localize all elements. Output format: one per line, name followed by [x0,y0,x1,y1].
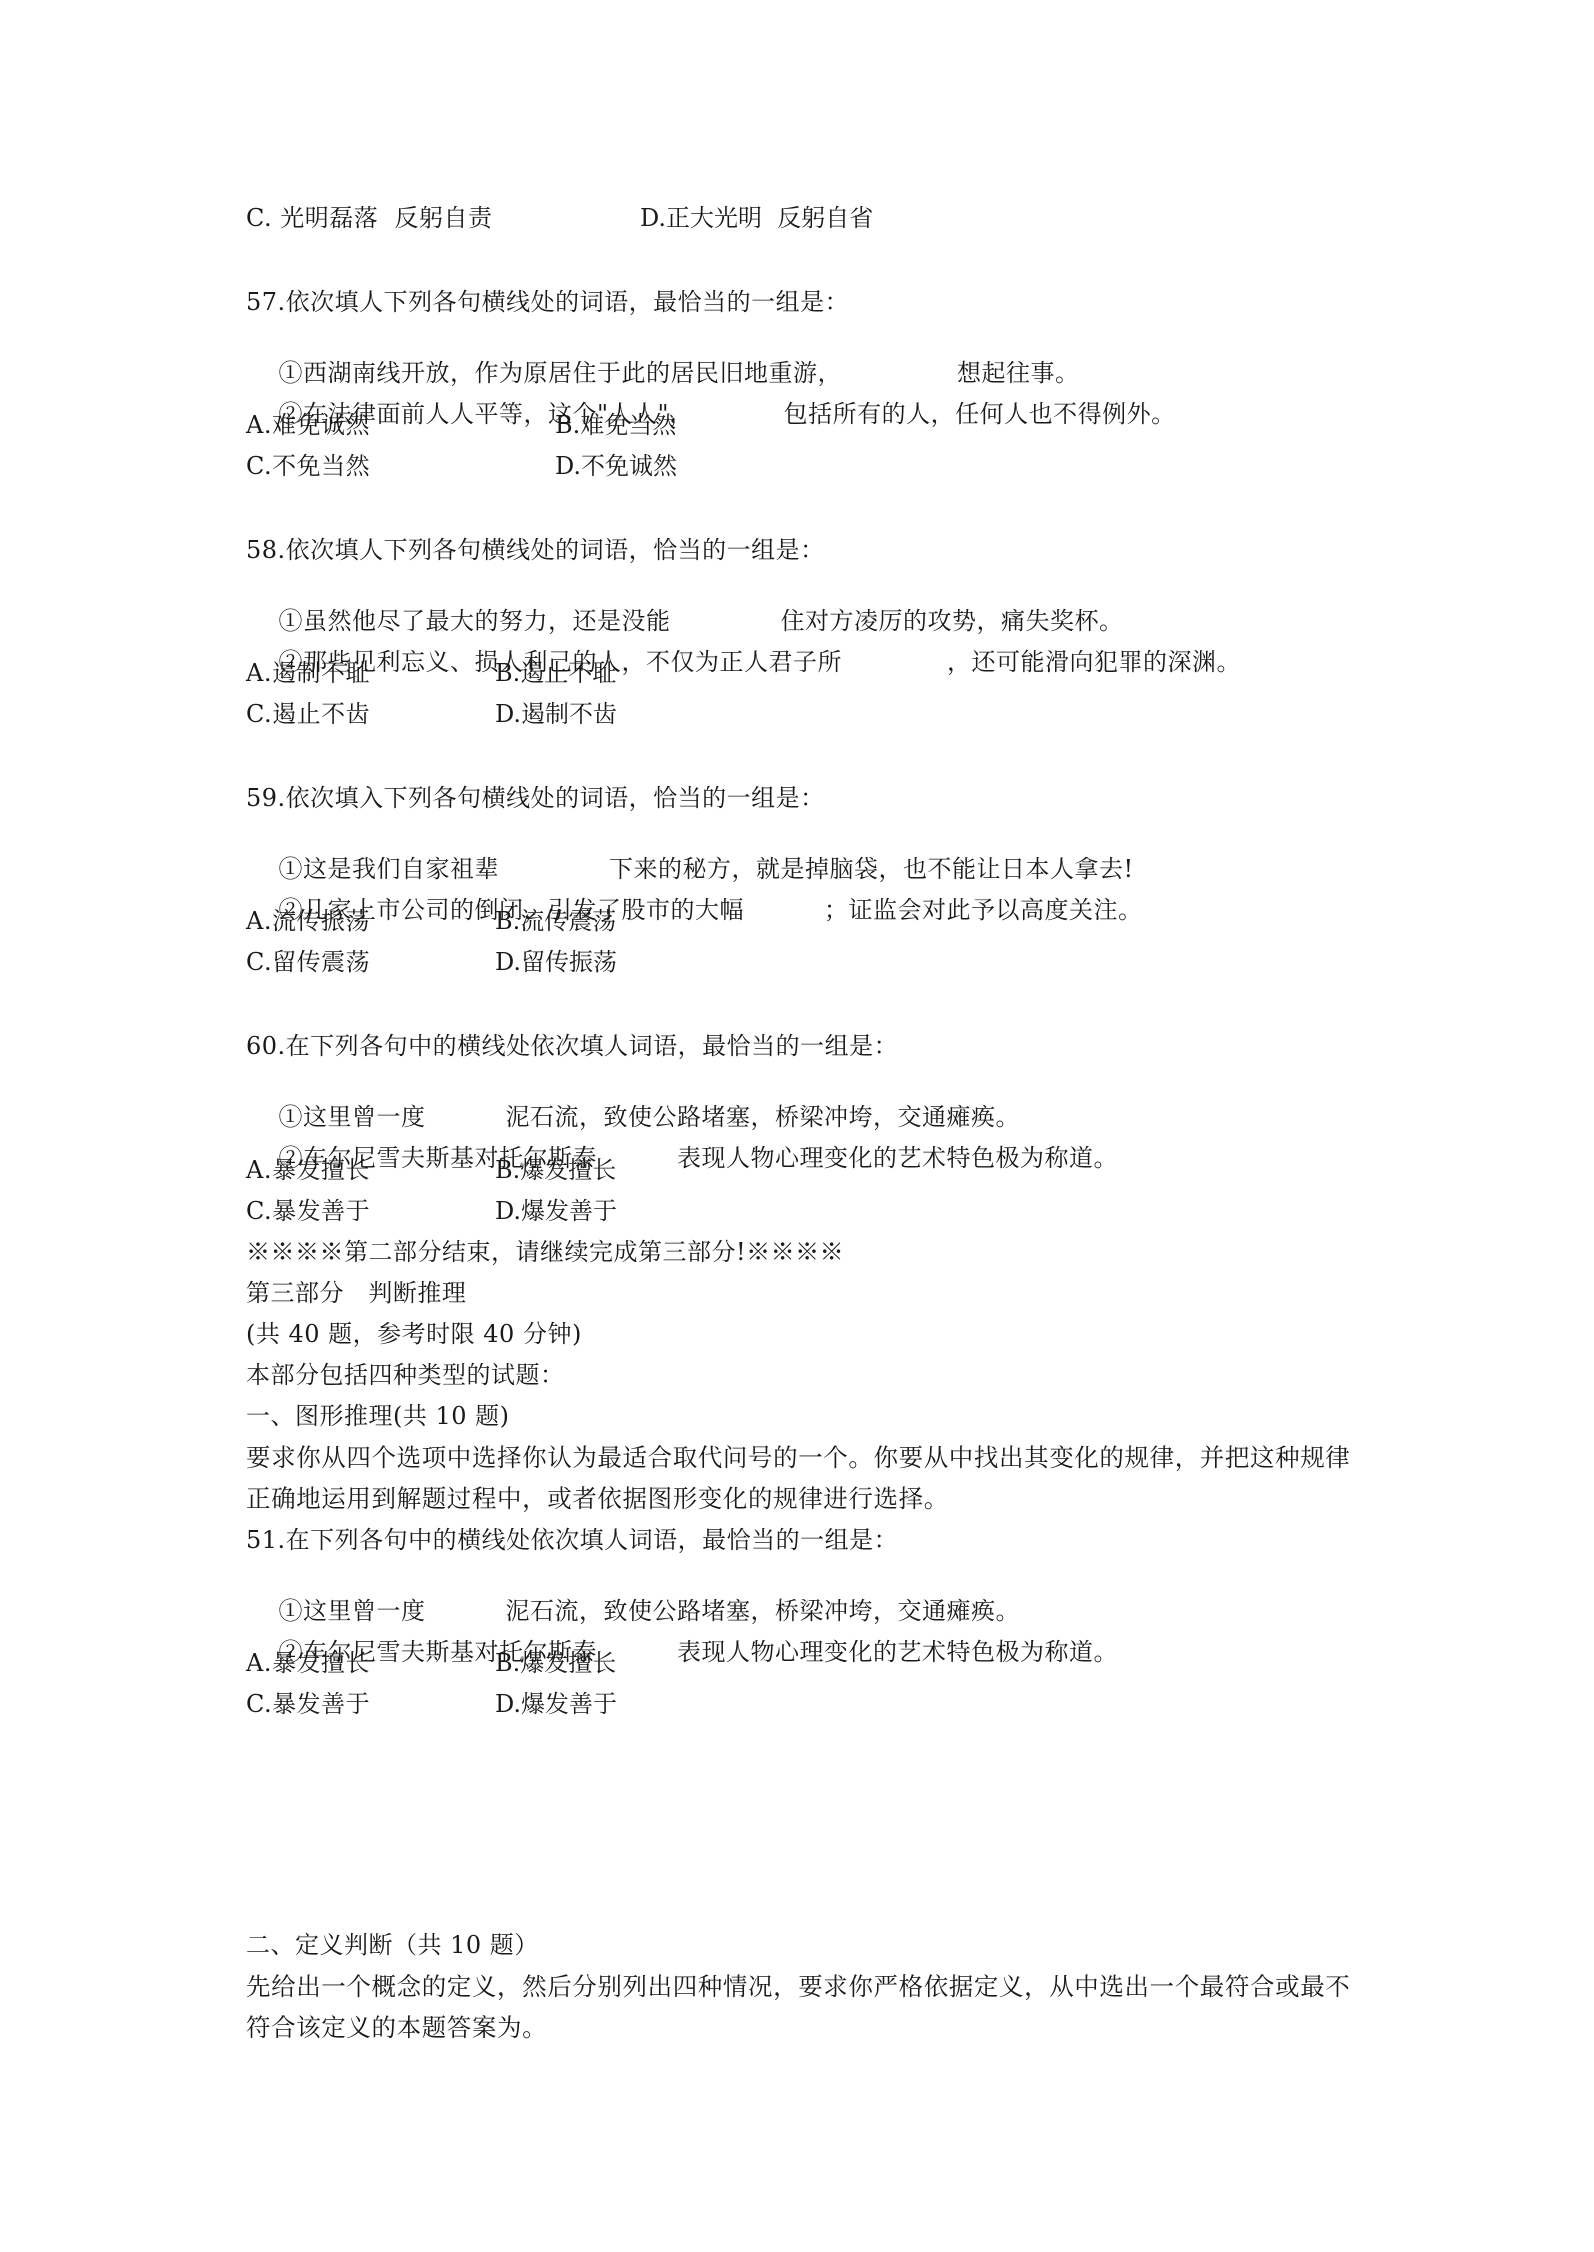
q51-option-c: C.暴发善于 [246,1689,370,1719]
q59-sentence-2: ②几家上市公司的倒闭，引发了股市的大幅；证监会对此予以高度关注。 [246,865,1143,955]
q59-option-d: D.留传振荡 [495,947,617,977]
q58-option-d: D.遏制不齿 [495,699,617,729]
part3-title: 第三部分 判断推理 [246,1278,466,1308]
q51-option-a: A.暴发擅长 [246,1648,370,1678]
q57-option-d: D.不免诚然 [555,451,677,481]
q58-option-b: B.遏止不耻 [495,658,616,688]
part-end-notice: ※※※※第二部分结束，请继续完成第三部分!※※※※ [246,1237,844,1267]
q58-option-a: A.遏制不耻 [246,658,370,688]
q58-option-c: C.遏止不齿 [246,699,370,729]
document-page: C. 光明磊落 反躬自责 D.正大光明 反躬自省 57.依次填人下列各句横线处的… [0,0,1594,2252]
q51-option-d: D.爆发善于 [495,1689,617,1719]
q59-option-b: B.流传震荡 [495,906,616,936]
q57-option-b: B.难免当然 [555,410,676,440]
part3-subtitle: (共 40 题，参考时限 40 分钟) [246,1319,582,1349]
q56-option-d: D.正大光明 反躬自省 [640,203,873,233]
q59-option-c: C.留传震荡 [246,947,370,977]
part3-intro: 本部分包括四种类型的试题： [246,1360,565,1390]
q57-option-a: A.难免诚然 [246,410,370,440]
q60-sentence-2: ②车尔尼雪夫斯基对托尔斯泰表现人物心理变化的艺术特色极为称道。 [246,1113,1118,1203]
q60-option-c: C.暴发善于 [246,1196,370,1226]
q60-option-a: A.暴发擅长 [246,1155,370,1185]
q51-stem: 51.在下列各句中的横线处依次填人词语，最恰当的一组是： [246,1525,898,1555]
section2-description: 先给出一个概念的定义，然后分别列出四种情况，要求你严格依据定义，从中选出一个最符… [246,1966,1366,2048]
q57-stem: 57.依次填人下列各句横线处的词语，最恰当的一组是： [246,287,849,317]
q58-sentence-2: ②那些见利忘义、损人利己的人，不仅为正人君子所，还可能滑向犯罪的深渊。 [246,617,1241,707]
section1-description: 要求你从四个选项中选择你认为最适合取代问号的一个。你要从中找出其变化的规律，并把… [246,1437,1366,1519]
q60-option-d: D.爆发善于 [495,1196,617,1226]
q51-s2-part-b: 表现人物心理变化的艺术特色极为称道。 [677,1638,1118,1666]
q57-sentence-2: ②在法律面前人人平等，这个"人人"，包括所有的人，任何人也不得例外。 [246,369,1176,459]
q57-s2-part-b: 包括所有的人，任何人也不得例外。 [784,400,1176,428]
q58-stem: 58.依次填人下列各句横线处的词语，恰当的一组是： [246,535,825,565]
q60-option-b: B.爆发擅长 [495,1155,616,1185]
q56-option-c: C. 光明磊落 反躬自责 [246,203,493,233]
q58-s2-part-b: ，还可能滑向犯罪的深渊。 [947,648,1241,676]
q51-sentence-2: ②车尔尼雪夫斯基对托尔斯泰表现人物心理变化的艺术特色极为称道。 [246,1607,1118,1697]
q51-option-b: B.爆发擅长 [495,1648,616,1678]
q59-option-a: A.流传振荡 [246,906,370,936]
q59-stem: 59.依次填入下列各句横线处的词语，恰当的一组是： [246,783,825,813]
q60-stem: 60.在下列各句中的横线处依次填人词语，最恰当的一组是： [246,1031,898,1061]
section1-title: 一、图形推理(共 10 题) [246,1401,510,1431]
section2-title: 二、定义判断（共 10 题） [246,1930,539,1960]
q60-s2-part-b: 表现人物心理变化的艺术特色极为称道。 [677,1144,1118,1172]
q57-option-c: C.不免当然 [246,451,370,481]
q59-s2-part-b: ；证监会对此予以高度关注。 [824,896,1143,924]
